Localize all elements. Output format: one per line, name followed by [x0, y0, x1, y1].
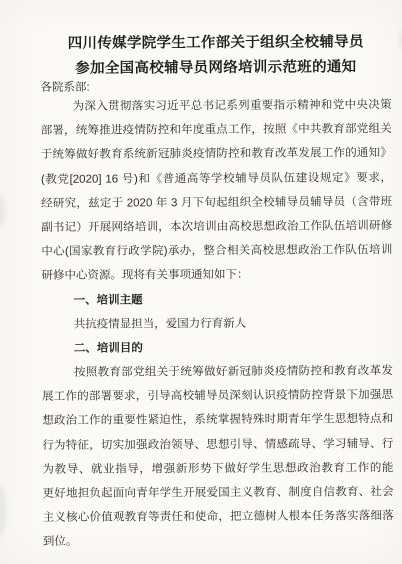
scan-smudge	[0, 195, 5, 227]
training-theme: 共抗疫情显担当，爱国力行育新人	[42, 311, 393, 337]
notice-title-line2: 参加全国高校辅导员网络培训示范班的通知	[40, 55, 391, 82]
scan-smudge	[398, 30, 402, 50]
paragraph1-line: 中心(国家教育行政学院)承办，整合相关高校思想政治工作队伍培训	[41, 238, 392, 264]
notice-title-line1: 四川传媒学院学生工作部关于组织全校辅导员	[40, 30, 391, 57]
paragraph2-line: 到位。	[43, 528, 394, 554]
paragraph2-line: 为教导、就业指导，增强新形势下做好学生思想政治教育工作的能力，	[42, 456, 393, 482]
paragraph2-line: 更好地担负起面向青年学生开展爱国主义教育、制度自信教育、社会	[43, 480, 394, 506]
paragraph2-line: 主义核心价值观教育等责任和使命，把立德树人根本任务落实落细落	[43, 504, 394, 530]
paragraph1-line: (教党[2020] 16 号)和《普通高等学校辅导员队伍建设规定》要求，	[41, 166, 392, 192]
paragraph1-line: 经研究，兹定于 2020 年 3 月下旬起组织全校辅导员辅导员（含带班	[41, 190, 392, 216]
notice-body: 为深入贯彻落实习近平总书记系列重要指示精神和党中央决策 部署，统筹推进疫情防控和…	[40, 93, 393, 554]
paragraph1-line: 副书记）开展网络培训，本次培训由高校思想政治工作队伍培训研修	[41, 214, 392, 240]
paragraph2-line: 按照教育部党组关于统筹做好新冠肺炎疫情防控和教育改革发	[42, 359, 393, 385]
paragraph2-line: 展工作的部署要求，引导高校辅导员深刻认识疫情防控背景下加强思	[42, 383, 393, 409]
paragraph1-line: 于统筹做好教育系统新冠肺炎疫情防控和教育改革发展工作的通知》	[41, 141, 392, 167]
paragraph2-line: 想政治工作的重要性紧迫性，系统掌握特殊时期青年学生思想特点和	[42, 408, 393, 434]
notice-title: 四川传媒学院学生工作部关于组织全校辅导员 参加全国高校辅导员网络培训示范班的通知	[40, 30, 391, 82]
paragraph2-line: 行为特征，切实加强政治领导、思想引导、情感疏导、学习辅导、行	[42, 432, 393, 458]
scan-smudge	[0, 486, 6, 536]
paragraph1-line: 部署，统筹推进疫情防控和年度重点工作，按照《中共教育部党组关	[41, 117, 392, 143]
document-content: 四川传媒学院学生工作部关于组织全校辅导员 参加全国高校辅导员网络培训示范班的通知…	[40, 0, 394, 554]
section-heading-2: 二、培训目的	[42, 335, 393, 361]
section-heading-1: 一、培训主题	[42, 287, 393, 313]
paragraph1-line: 为深入贯彻落实习近平总书记系列重要指示精神和党中央决策	[40, 93, 391, 119]
paragraph1-line: 研修中心资源。现将有关事项通知如下：	[41, 262, 392, 288]
scanned-notice-page: 四川传媒学院学生工作部关于组织全校辅导员 参加全国高校辅导员网络培训示范班的通知…	[0, 0, 402, 564]
